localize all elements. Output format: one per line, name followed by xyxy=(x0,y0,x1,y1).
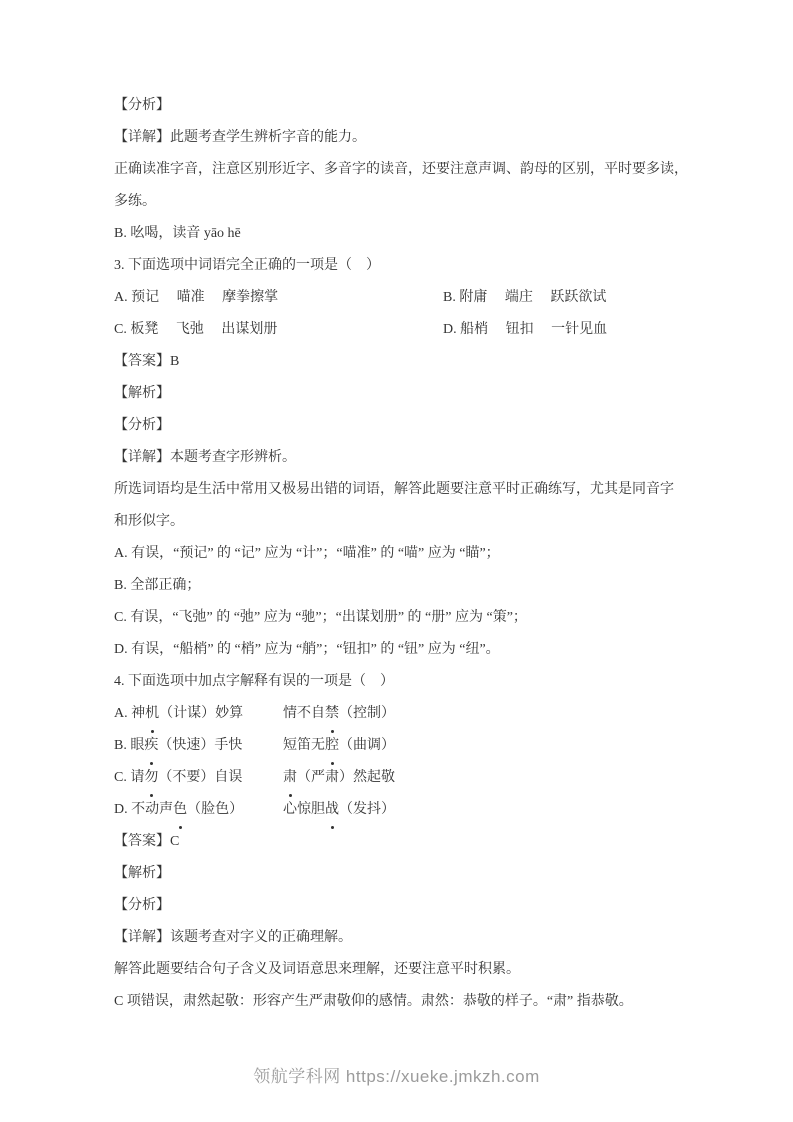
text-run: （严肃）然起敬 xyxy=(297,770,395,785)
text-run: B. 眼 xyxy=(114,738,144,753)
page: { "page": { "background_color": "#ffffff… xyxy=(0,0,793,1122)
q4-detail-line: 【详解】该题考查对字义的正确理解。 xyxy=(114,922,714,954)
emphasized-character: 肃 xyxy=(283,762,297,794)
text-run-group: 心惊胆战（发抖） xyxy=(283,794,395,826)
q3-fenxi-label: 【分析】 xyxy=(114,410,714,442)
text-run: 短笛无 xyxy=(283,738,325,753)
text-run: （发抖） xyxy=(339,802,395,817)
q4-c-explanation: C 项错误，肃然起敬：形容产生严肃敬仰的感情。肃然：恭敬的样子。“肃” 指恭敬。 xyxy=(114,986,714,1018)
q4-guidance: 解答此题要结合句子含义及词语意思来理解，还要注意平时积累。 xyxy=(114,954,714,986)
text-run-group: 肃（严肃）然起敬 xyxy=(283,762,395,794)
q2-option-b-note: B. 吆喝，读音 yāo hē xyxy=(114,218,714,250)
text-run: （快速）手快 xyxy=(158,738,242,753)
text-run-group: C. 请勿（不要）自误 xyxy=(114,762,283,794)
text-run-group: 情不自禁（控制） xyxy=(283,698,395,730)
text-run: （控制） xyxy=(339,706,395,721)
text-run-group: A. 神机（计谋）妙算 xyxy=(114,698,283,730)
text-run: 情不自 xyxy=(283,706,325,721)
question-3-heading: 3. 下面选项中词语完全正确的一项是（ ） xyxy=(114,250,714,282)
emphasized-character: 腔 xyxy=(325,730,339,762)
question-4-heading: 4. 下面选项中加点字解释有误的一项是（ ） xyxy=(114,666,714,698)
q2-detail-line: 【详解】此题考查学生辨析字音的能力。 xyxy=(114,122,714,154)
emphasized-character: 机 xyxy=(145,698,159,730)
watermark: 领航学科网 https://xueke.jmkzh.com xyxy=(0,1062,793,1087)
emphasized-character: 色 xyxy=(173,794,187,826)
text-run: （脸色） xyxy=(187,802,243,817)
q3-option-a-analysis: A. 有误，“预记” 的 “记” 应为 “计”；“喵准” 的 “喵” 应为 “瞄… xyxy=(114,538,714,570)
text-run: A. 神 xyxy=(114,706,145,721)
text-run-group: B. 眼疾（快速）手快 xyxy=(114,730,283,762)
emphasized-character: 勿 xyxy=(144,762,158,794)
option-right: D. 船梢 钮扣 一针见血 xyxy=(443,314,607,346)
text-run: 心惊胆 xyxy=(283,802,325,817)
q4-option-c: C. 请勿（不要）自误肃（严肃）然起敬 xyxy=(114,762,714,794)
q3-detail-line: 【详解】本题考查字形辨析。 xyxy=(114,442,714,474)
text-run: （不要）自误 xyxy=(158,770,242,785)
text-run: D. 不动声 xyxy=(114,802,173,817)
emphasized-character: 禁 xyxy=(325,698,339,730)
text-run-group: D. 不动声色（脸色） xyxy=(114,794,283,826)
option-left: A. 预记 喵准 摩拳擦掌 xyxy=(114,282,443,314)
q3-option-c-analysis: C. 有误，“飞弛” 的 “弛” 应为 “驰”；“出谋划册” 的 “册” 应为 … xyxy=(114,602,714,634)
q2-guidance-line-1: 正确读准字音，注意区别形近字、多音字的读音，还要注意声调、韵母的区别，平时要多读… xyxy=(114,154,714,186)
q3-answer: 【答案】B xyxy=(114,346,714,378)
q3-jiexi-label: 【解析】 xyxy=(114,378,714,410)
q4-option-a: A. 神机（计谋）妙算情不自禁（控制） xyxy=(114,698,714,730)
option-right: B. 附庸 端庄 跃跃欲试 xyxy=(443,282,606,314)
q4-option-b: B. 眼疾（快速）手快短笛无腔（曲调） xyxy=(114,730,714,762)
q3-guidance-line-1: 所选词语均是生活中常用又极易出错的词语，解答此题要注意平时正确练写，尤其是同音字 xyxy=(114,474,714,506)
text-run: （曲调） xyxy=(339,738,395,753)
text-run: （计谋）妙算 xyxy=(159,706,243,721)
emphasized-character: 战 xyxy=(325,794,339,826)
q4-fenxi-label: 【分析】 xyxy=(114,890,714,922)
q4-jiexi-label: 【解析】 xyxy=(114,858,714,890)
document-body: 【分析】【详解】此题考查学生辨析字音的能力。正确读准字音，注意区别形近字、多音字… xyxy=(0,0,714,1018)
q4-answer: 【答案】C xyxy=(114,826,714,858)
q3-options-row-ab: A. 预记 喵准 摩拳擦掌B. 附庸 端庄 跃跃欲试 xyxy=(114,282,714,314)
q2-guidance-line-2: 多练。 xyxy=(114,186,714,218)
text-run-group: 短笛无腔（曲调） xyxy=(283,730,395,762)
text-run: C. 请 xyxy=(114,770,144,785)
emphasized-character: 疾 xyxy=(144,730,158,762)
q3-guidance-line-2: 和形似字。 xyxy=(114,506,714,538)
q2-analysis-label: 【分析】 xyxy=(114,90,714,122)
q3-options-row-cd: C. 板凳 飞弛 出谋划册D. 船梢 钮扣 一针见血 xyxy=(114,314,714,346)
q4-option-d: D. 不动声色（脸色）心惊胆战（发抖） xyxy=(114,794,714,826)
q3-option-b-analysis: B. 全部正确； xyxy=(114,570,714,602)
q3-option-d-analysis: D. 有误，“船梢” 的 “梢” 应为 “艄”；“钮扣” 的 “钮” 应为 “纽… xyxy=(114,634,714,666)
option-left: C. 板凳 飞弛 出谋划册 xyxy=(114,314,443,346)
